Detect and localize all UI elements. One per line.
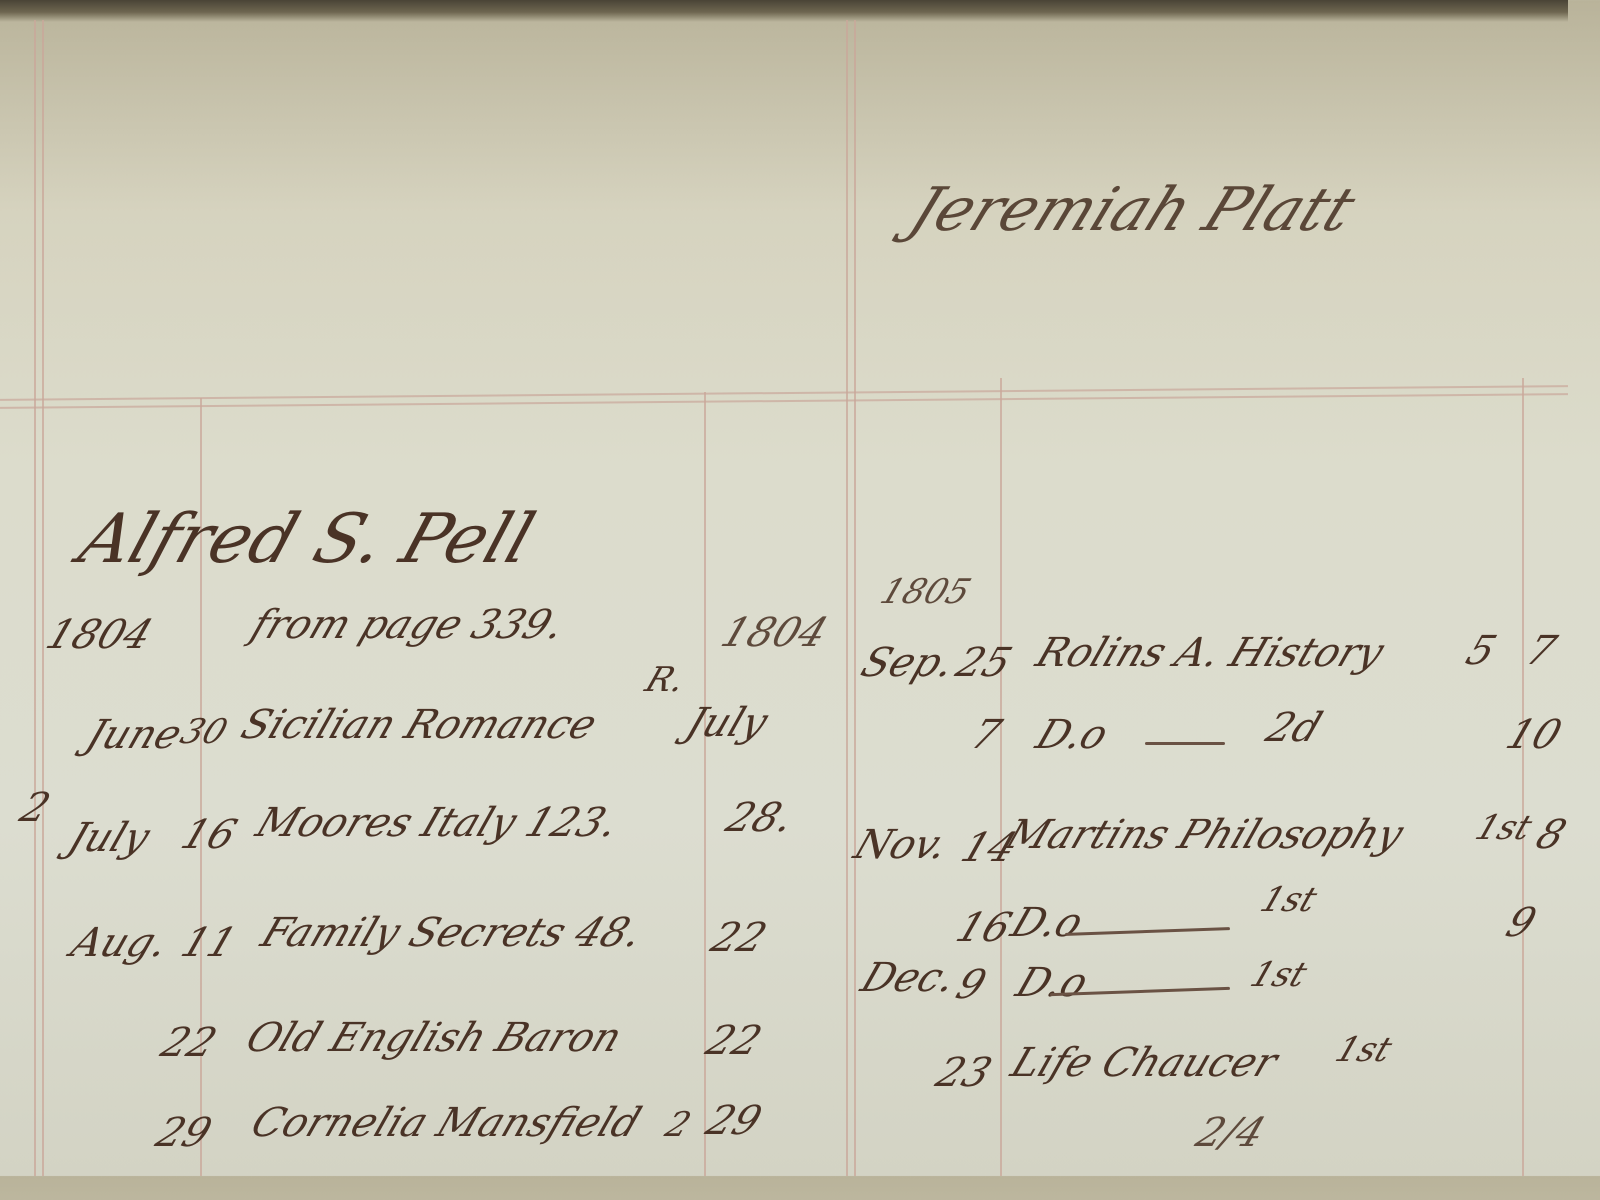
entry-title: Family Secrets 48.	[255, 910, 649, 956]
entry-title: D.o	[1010, 960, 1094, 1006]
entry-title: D.o	[1005, 900, 1089, 946]
entry-month: June	[80, 712, 188, 758]
right-year: 1805	[875, 572, 976, 612]
header-name: Jeremiah Platt	[900, 175, 1365, 245]
entry-day: 29	[150, 1110, 218, 1156]
entry-title: Cornelia Mansfield	[245, 1100, 647, 1146]
year-left: 1804	[40, 612, 159, 658]
entry-title: Rolins A. History	[1030, 630, 1390, 676]
account-name: Alfred S. Pell	[70, 500, 543, 579]
right-date-column-rule	[1000, 378, 1002, 1176]
entry-month: Aug.	[65, 920, 175, 966]
carried-from: from page 339.	[245, 602, 571, 648]
entry-vol: 1st	[1330, 1030, 1397, 1070]
entry-amount: R.	[640, 660, 691, 700]
entry-title: Old English Baron	[240, 1015, 628, 1061]
entry-month: Nov.	[848, 822, 954, 868]
book-top-edge	[0, 0, 1568, 22]
entry-title: D.o	[1030, 712, 1114, 758]
footer-mark: 2/4	[1190, 1110, 1271, 1156]
margin-rule-left	[34, 20, 36, 1176]
entry-vol: 1st	[1245, 955, 1312, 995]
margin-mark: 2	[14, 785, 56, 831]
ditto-dash	[1065, 927, 1230, 936]
entry-vol: 5	[1460, 628, 1502, 674]
center-rule-2	[854, 20, 856, 1176]
entry-title: Life Chaucer	[1005, 1040, 1283, 1086]
entry-title: Sicilian Romance	[235, 702, 603, 748]
entry-vol: 2d	[1260, 705, 1328, 751]
entry-right: 7	[1520, 628, 1562, 674]
entry-vol: 1st	[1470, 808, 1537, 848]
entry-month: Dec.	[855, 955, 963, 1001]
entry-right: 10	[1500, 712, 1568, 758]
header-rule	[0, 385, 1568, 401]
entry-right: 28.	[720, 795, 800, 841]
entry-right: 9	[1500, 900, 1542, 946]
entry-day: 16	[175, 812, 243, 858]
year-right: 1804	[715, 610, 834, 656]
entry-day: 25	[950, 640, 1018, 686]
entry-right: 22	[700, 1018, 768, 1064]
entry-day: 11	[175, 920, 243, 966]
entry-day: 22	[155, 1020, 223, 1066]
center-rule	[846, 20, 848, 1176]
entry-title: Martins Philosophy	[1000, 812, 1409, 858]
ditto-dash	[1145, 742, 1225, 745]
entry-month: Sep.	[855, 640, 961, 686]
header-rule-2	[0, 393, 1568, 409]
entry-right: 22	[705, 915, 773, 961]
entry-title: Moores Italy 123.	[250, 800, 625, 846]
right-amount-column-rule	[1522, 378, 1524, 1176]
margin-rule-left-2	[42, 20, 44, 1176]
entry-vol: 1st	[1255, 880, 1322, 920]
entry-month: July	[62, 815, 156, 861]
entry-day: 23	[930, 1050, 998, 1096]
entry-amount: 2	[660, 1105, 696, 1145]
entry-right: July	[680, 700, 774, 746]
entry-right: 8	[1530, 812, 1568, 858]
entry-right: 29	[700, 1098, 768, 1144]
